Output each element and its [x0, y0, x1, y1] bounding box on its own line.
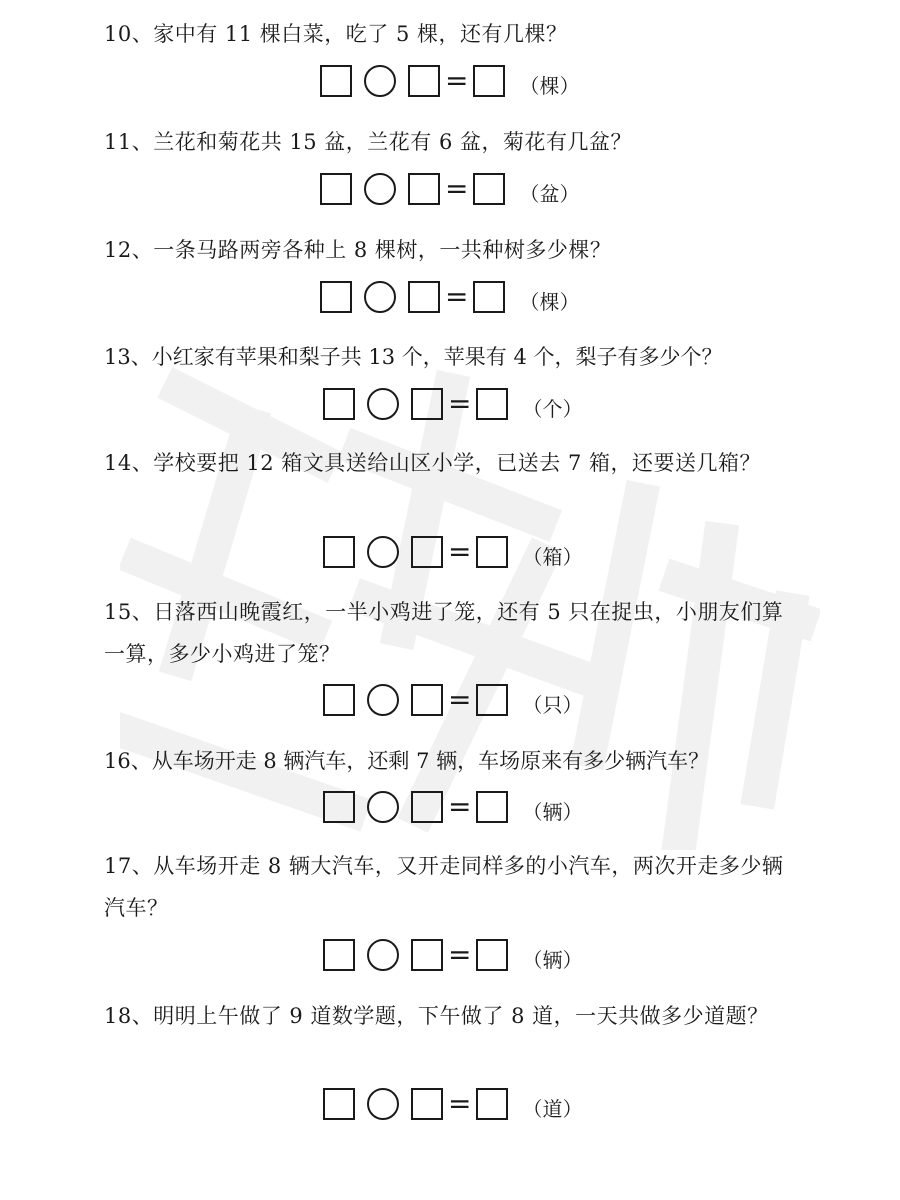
question-12-text: 12、一条马路两旁各种上 8 棵树，一共种树多少棵？: [104, 229, 804, 271]
answer-box-2[interactable]: [411, 1088, 443, 1120]
unit-label: （个）: [522, 393, 582, 422]
answer-box-1[interactable]: [320, 65, 352, 97]
question-14-equation: = （箱）: [323, 535, 582, 569]
result-box[interactable]: [476, 791, 508, 823]
unit-label: （只）: [522, 689, 582, 718]
operator-circle[interactable]: [367, 388, 399, 420]
equals-sign: =: [448, 390, 471, 418]
answer-box-1[interactable]: [323, 1088, 355, 1120]
question-15-text: 15、日落西山晚霞红，一半小鸡进了笼，还有 5 只在捉虫，小朋友们算一算，多少小…: [104, 591, 804, 675]
result-box[interactable]: [476, 536, 508, 568]
equals-sign: =: [445, 283, 468, 311]
unit-label: （箱）: [522, 541, 582, 570]
equals-sign: =: [448, 538, 471, 566]
answer-box-2[interactable]: [408, 173, 440, 205]
answer-box-2[interactable]: [411, 536, 443, 568]
result-box[interactable]: [476, 939, 508, 971]
question-10-equation: = （棵）: [320, 64, 579, 98]
unit-label: （辆）: [522, 944, 582, 973]
question-18-equation: = （道）: [323, 1087, 582, 1121]
operator-circle[interactable]: [367, 791, 399, 823]
question-17-equation: = （辆）: [323, 938, 582, 972]
question-11-text: 11、兰花和菊花共 15 盆，兰花有 6 盆，菊花有几盆？: [104, 121, 804, 163]
result-box[interactable]: [476, 684, 508, 716]
equals-sign: =: [448, 793, 471, 821]
question-15-equation: = （只）: [323, 683, 582, 717]
operator-circle[interactable]: [364, 65, 396, 97]
answer-box-1[interactable]: [323, 536, 355, 568]
unit-label: （辆）: [522, 796, 582, 825]
equals-sign: =: [448, 941, 471, 969]
answer-box-2[interactable]: [411, 684, 443, 716]
result-box[interactable]: [476, 388, 508, 420]
question-14-text: 14、学校要把 12 箱文具送给山区小学，已送去 7 箱，还要送几箱？: [104, 442, 804, 484]
question-16-text: 16、从车场开走 8 辆汽车，还剩 7 辆，车场原来有多少辆汽车？: [104, 740, 804, 782]
answer-box-2[interactable]: [408, 281, 440, 313]
operator-circle[interactable]: [367, 939, 399, 971]
question-13-text: 13、小红家有苹果和梨子共 13 个，苹果有 4 个，梨子有多少个？: [104, 336, 804, 378]
question-16-equation: = （辆）: [323, 790, 582, 824]
operator-circle[interactable]: [367, 684, 399, 716]
equals-sign: =: [448, 1090, 471, 1118]
question-12-equation: = （棵）: [320, 280, 579, 314]
answer-box-1[interactable]: [323, 684, 355, 716]
equals-sign: =: [445, 67, 468, 95]
question-18-text: 18、明明上午做了 9 道数学题，下午做了 8 道，一天共做多少道题？: [104, 995, 804, 1037]
question-17-text: 17、从车场开走 8 辆大汽车，又开走同样多的小汽车，两次开走多少辆汽车？: [104, 845, 804, 929]
unit-label: （棵）: [519, 286, 579, 315]
result-box[interactable]: [473, 173, 505, 205]
result-box[interactable]: [473, 65, 505, 97]
operator-circle[interactable]: [367, 536, 399, 568]
unit-label: （棵）: [519, 70, 579, 99]
answer-box-1[interactable]: [323, 388, 355, 420]
unit-label: （盆）: [519, 178, 579, 207]
unit-label: （道）: [522, 1093, 582, 1122]
operator-circle[interactable]: [367, 1088, 399, 1120]
question-13-equation: = （个）: [323, 387, 582, 421]
answer-box-2[interactable]: [411, 388, 443, 420]
answer-box-1[interactable]: [320, 281, 352, 313]
operator-circle[interactable]: [364, 281, 396, 313]
answer-box-1[interactable]: [323, 791, 355, 823]
result-box[interactable]: [473, 281, 505, 313]
answer-box-2[interactable]: [408, 65, 440, 97]
equals-sign: =: [445, 175, 468, 203]
operator-circle[interactable]: [364, 173, 396, 205]
result-box[interactable]: [476, 1088, 508, 1120]
answer-box-2[interactable]: [411, 791, 443, 823]
question-10-text: 10、家中有 11 棵白菜，吃了 5 棵，还有几棵？: [104, 13, 804, 55]
equals-sign: =: [448, 686, 471, 714]
question-11-equation: = （盆）: [320, 172, 579, 206]
answer-box-2[interactable]: [411, 939, 443, 971]
answer-box-1[interactable]: [320, 173, 352, 205]
answer-box-1[interactable]: [323, 939, 355, 971]
